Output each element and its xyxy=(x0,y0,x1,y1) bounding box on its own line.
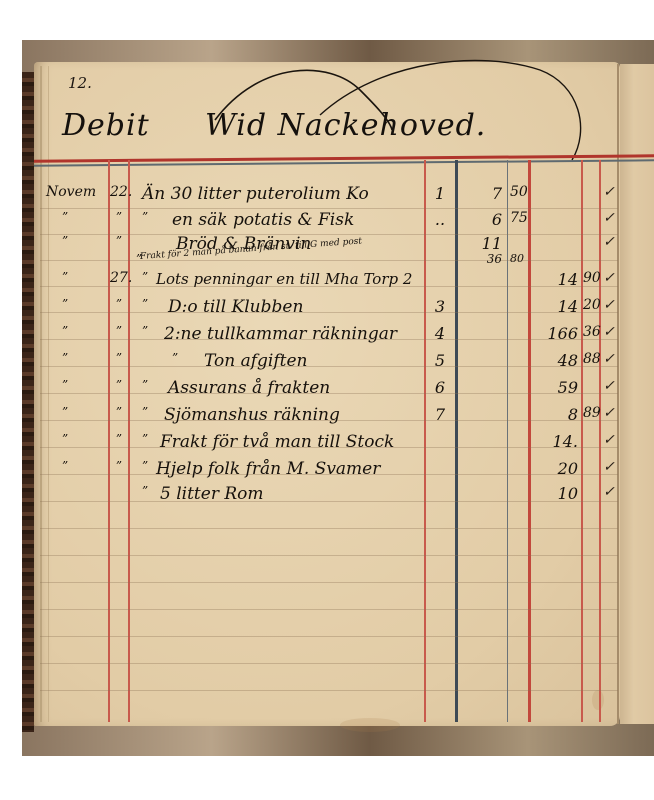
entry-day: ” xyxy=(110,351,128,365)
entry-description: Ton afgiften xyxy=(204,351,308,371)
check-mark: ✓ xyxy=(603,297,615,313)
entry-folio: 7 xyxy=(430,405,450,424)
entry-total-kr: 14 xyxy=(538,297,578,316)
entry-total-ore: 20 xyxy=(583,297,600,313)
ditto-mark: ” xyxy=(142,270,148,284)
row-rule xyxy=(40,555,618,556)
entry-folio: 4 xyxy=(430,324,450,343)
entry-month: ” xyxy=(62,378,68,392)
row-rule xyxy=(40,582,618,583)
entry-month: ” xyxy=(62,432,68,446)
entry-month: ” xyxy=(62,234,68,248)
account-name: Wid Nackehoved. xyxy=(205,108,486,143)
entry-description: 5 litter Rom xyxy=(160,484,264,504)
entry-day: 27. xyxy=(110,270,128,286)
entry-total-kr: 14. xyxy=(538,432,578,451)
ledger-entry: ” ” ” Assurans å frakten 6 59 ✓ xyxy=(0,378,654,404)
entry-month: ” xyxy=(62,210,68,224)
entry-total-kr: 14 xyxy=(538,270,578,289)
ledger-entry: ” ” ” D:o till Klubben 3 14 20 ✓ xyxy=(0,297,654,323)
entry-description: Frakt för två man till Stock xyxy=(160,432,394,452)
entry-folio: 3 xyxy=(430,297,450,316)
ditto-mark: ” xyxy=(142,459,148,473)
ledger-entry: ” ” ” Hjelp folk från M. Svamer 20 ✓ xyxy=(0,459,654,485)
check-mark: ✓ xyxy=(603,324,615,340)
check-mark: ✓ xyxy=(603,405,615,421)
entry-month: ” xyxy=(62,459,68,473)
entry-total-ore: 88 xyxy=(583,351,600,367)
check-mark: ✓ xyxy=(603,432,615,448)
entry-day: ” xyxy=(110,432,128,446)
entry-total-kr: 10 xyxy=(538,484,578,503)
ledger-entry: ” ” ” Ton afgiften 5 48 88 ✓ xyxy=(0,351,654,377)
entry-amount-ore: 50 xyxy=(510,184,530,200)
entry-day: 22. xyxy=(110,184,128,200)
check-mark: ✓ xyxy=(603,184,615,200)
entry-day: ” xyxy=(110,324,128,338)
entry-description: Än 30 litter puterolium Ko xyxy=(142,184,369,204)
entry-month: ” xyxy=(62,351,68,365)
check-mark: ✓ xyxy=(603,270,615,286)
entry-day: ” xyxy=(110,405,128,419)
entry-day: ” xyxy=(110,459,128,473)
row-rule xyxy=(40,609,618,610)
row-rule xyxy=(40,528,618,529)
entry-total-kr: 166 xyxy=(538,324,578,343)
entry-total-ore: 90 xyxy=(583,270,600,286)
entry-month: ” xyxy=(62,405,68,419)
entry-day: ” xyxy=(110,210,128,224)
entry-amount-kr: 7 xyxy=(462,184,502,203)
entry-folio: 5 xyxy=(430,351,450,370)
ledger-entry: ” 27. ” Lots penningar en till Mha Torp … xyxy=(0,270,654,296)
row-rule xyxy=(40,663,618,664)
entry-month: ” xyxy=(62,270,68,284)
entry-amount-ore: 75 xyxy=(510,210,530,226)
ledger-entry: ” ” ” Sjömanshus räkning 7 8 89 ✓ xyxy=(0,405,654,431)
ditto-mark: ” xyxy=(142,210,148,224)
ditto-mark: ” xyxy=(142,297,148,311)
entry-month: ” xyxy=(62,324,68,338)
entry-description: Hjelp folk från M. Svamer xyxy=(156,459,380,479)
ditto-mark: ” xyxy=(142,405,148,419)
check-mark: ✓ xyxy=(603,234,615,250)
entry-amount-ore: 80 xyxy=(510,252,530,265)
entry-description: en säk potatis & Fisk xyxy=(172,210,354,230)
entry-folio: 6 xyxy=(430,378,450,397)
entry-month: ” xyxy=(62,297,68,311)
ditto-mark: ” xyxy=(142,432,148,446)
ledger-entry: ” ” ” Frakt för två man till Stock 14. ✓ xyxy=(0,432,654,458)
paper-stain xyxy=(592,690,604,710)
entry-month: Novem xyxy=(46,184,96,200)
entry-day: ” xyxy=(110,297,128,311)
ditto-mark: ” xyxy=(142,324,148,338)
entry-description: Assurans å frakten xyxy=(168,378,330,398)
entry-description: Sjömanshus räkning xyxy=(164,405,340,425)
entry-amount-kr: 11 xyxy=(462,234,502,253)
ledger-entry: ” ” ” 2:ne tullkammar räkningar 4 166 36… xyxy=(0,324,654,350)
entry-description: D:o till Klubben xyxy=(168,297,303,317)
entry-total-kr: 48 xyxy=(538,351,578,370)
entry-amount-kr: 36 xyxy=(462,252,502,266)
check-mark: ✓ xyxy=(603,378,615,394)
ditto-mark: ” xyxy=(142,378,148,392)
check-mark: ✓ xyxy=(603,459,615,475)
ditto-mark: ” xyxy=(172,351,178,365)
paper-stain xyxy=(340,718,400,732)
check-mark: ✓ xyxy=(603,210,615,226)
entry-total-kr: 8 xyxy=(538,405,578,424)
entry-day: ” xyxy=(110,234,128,248)
entry-day: ” xyxy=(110,378,128,392)
entry-description: 2:ne tullkammar räkningar xyxy=(164,324,397,344)
entry-total-kr: 20 xyxy=(538,459,578,478)
check-mark: ✓ xyxy=(603,351,615,367)
page-number: 12. xyxy=(68,74,92,92)
entry-total-ore: 36 xyxy=(583,324,600,340)
entry-folio: .. xyxy=(430,210,450,229)
ditto-mark: ” xyxy=(142,484,148,498)
entry-total-ore: 89 xyxy=(583,405,600,421)
entry-folio: 1 xyxy=(430,184,450,203)
ledger-entry: Novem 22. Än 30 litter puterolium Ko 1 7… xyxy=(0,184,654,210)
ledger-entry: ” 5 litter Rom 10 ✓ xyxy=(0,484,654,510)
ledger-entry: ” ” ” en säk potatis & Fisk .. 6 75 ✓ xyxy=(0,210,654,236)
entry-total-kr: 59 xyxy=(538,378,578,397)
row-rule xyxy=(40,690,618,691)
debit-label: Debit xyxy=(62,108,150,143)
row-rule xyxy=(40,636,618,637)
check-mark: ✓ xyxy=(603,484,615,500)
entry-description: Lots penningar en till Mha Torp 2 xyxy=(156,270,412,288)
entry-amount-kr: 6 xyxy=(462,210,502,229)
